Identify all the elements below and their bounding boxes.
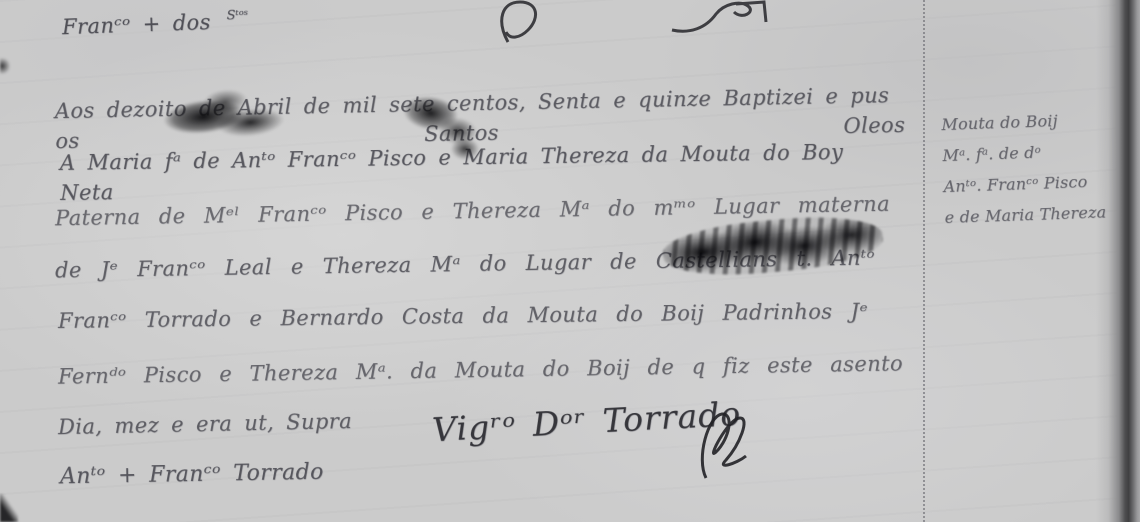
header-superscript: Sᵗᵒˢ: [226, 8, 248, 24]
page-edge-shadow: [1096, 0, 1140, 522]
document-scan: { "header": { "left_text": "Fran\u1d9c\u…: [0, 0, 1140, 522]
witness-attestation: Anᵗᵒ + Franᶜᵒ Torrado: [60, 460, 324, 490]
signature-rubric: [688, 408, 758, 488]
scan-corner-mark: [0, 494, 18, 522]
scan-edge-mark: [0, 58, 10, 74]
margin-note: Mouta do Boij Mᵃ. fᵃ. de dᵒ Anᵗᵒ. Franᶜᵒ…: [941, 103, 1120, 233]
margin-rule: [923, 0, 925, 522]
margin-note-line: e de Maria Thereza: [944, 196, 1120, 233]
ink-blot: [443, 132, 487, 166]
